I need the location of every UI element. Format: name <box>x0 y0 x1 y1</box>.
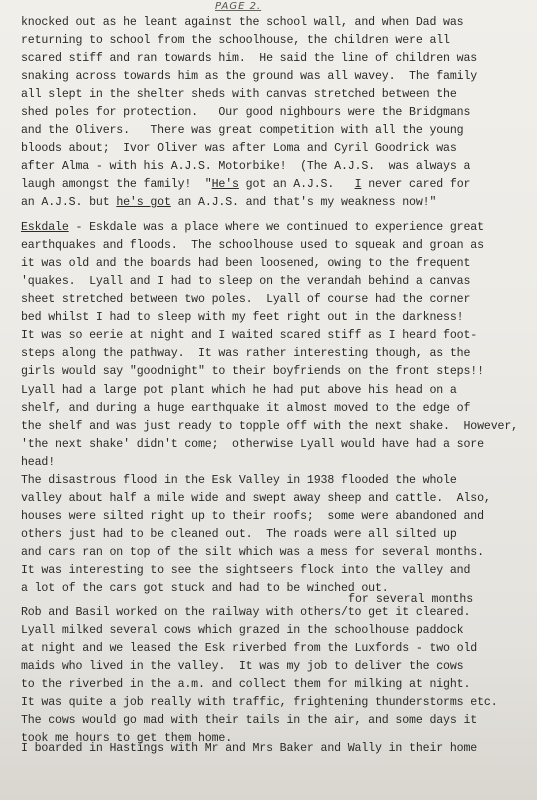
text-line: earthquakes and floods. The schoolhouse … <box>21 237 531 255</box>
paragraph-hastings: I boarded in Hastings with Mr and Mrs Ba… <box>21 740 531 758</box>
text-line: shed poles for protection. Our good nigh… <box>21 104 531 122</box>
paragraph-flood-1938: The disastrous flood in the Esk Valley i… <box>21 472 531 748</box>
text-line: sheet stretched between two poles. Lyall… <box>21 291 531 309</box>
text-line: It was interesting to see the sightseers… <box>21 562 531 580</box>
paragraph-earthquake-school: knocked out as he leant against the scho… <box>21 14 531 212</box>
text-line: bed whilst I had to sleep with my feet r… <box>21 309 531 327</box>
text-line: all slept in the shelter sheds with canv… <box>21 86 531 104</box>
text-line: head! <box>21 454 531 472</box>
text-line: The cows would go mad with their tails i… <box>21 712 531 730</box>
text-line: shelf, and during a huge earthquake it a… <box>21 400 531 418</box>
text-line: others just had to be cleaned out. The r… <box>21 526 531 544</box>
typed-insertion: for several months <box>348 593 473 606</box>
text-line: Lyall had a large pot plant which he had… <box>21 382 531 400</box>
text-line: girls would say "goodnight" to their boy… <box>21 363 531 381</box>
text-line: Lyall milked several cows which grazed i… <box>21 622 531 640</box>
text-line: 'quakes. Lyall and I had to sleep on the… <box>21 273 531 291</box>
text-line: an A.J.S. but he's got an A.J.S. and tha… <box>21 194 531 212</box>
text-line: at night and we leased the Esk riverbed … <box>21 640 531 658</box>
text-line: Eskdale - Eskdale was a place where we c… <box>21 219 531 237</box>
text-line: it was old and the boards had been loose… <box>21 255 531 273</box>
text-line: and the Olivers. There was great competi… <box>21 122 531 140</box>
text-line: The disastrous flood in the Esk Valley i… <box>21 472 531 490</box>
text-line: the shelf and was just ready to topple o… <box>21 418 531 436</box>
text-line: knocked out as he leant against the scho… <box>21 14 531 32</box>
text-line: after Alma - with his A.J.S. Motorbike! … <box>21 158 531 176</box>
text-line: to the riverbed in the a.m. and collect … <box>21 676 531 694</box>
text-line: bloods about; Ivor Oliver was after Loma… <box>21 140 531 158</box>
bleed-through-text <box>30 770 510 790</box>
text-line: It was so eerie at night and I waited sc… <box>21 327 531 345</box>
typed-page: PAGE 2. knocked out as he leant against … <box>0 0 537 800</box>
page-header: PAGE 2. <box>215 1 261 12</box>
text-line: I boarded in Hastings with Mr and Mrs Ba… <box>21 740 531 758</box>
paragraph-pot-plant: Lyall had a large pot plant which he had… <box>21 382 531 472</box>
text-line: and cars ran on top of the silt which wa… <box>21 544 531 562</box>
text-line: scared stiff and ran towards him. He sai… <box>21 50 531 68</box>
text-line: maids who lived in the valley. It was my… <box>21 658 531 676</box>
text-line: 'the next shake' didn't come; otherwise … <box>21 436 531 454</box>
section-heading-eskdale: Eskdale <box>21 221 69 234</box>
text-line: houses were silted right up to their roo… <box>21 508 531 526</box>
text-line: It was quite a job really with traffic, … <box>21 694 531 712</box>
text-line: steps along the pathway. It was rather i… <box>21 345 531 363</box>
text-line: returning to school from the schoolhouse… <box>21 32 531 50</box>
text-line: valley about half a mile wide and swept … <box>21 490 531 508</box>
text-line: snaking across towards him as the ground… <box>21 68 531 86</box>
text-line: laugh amongst the family! "He's got an A… <box>21 176 531 194</box>
paragraph-eskdale: Eskdale - Eskdale was a place where we c… <box>21 219 531 381</box>
text-line: Rob and Basil worked on the railway with… <box>21 604 531 622</box>
